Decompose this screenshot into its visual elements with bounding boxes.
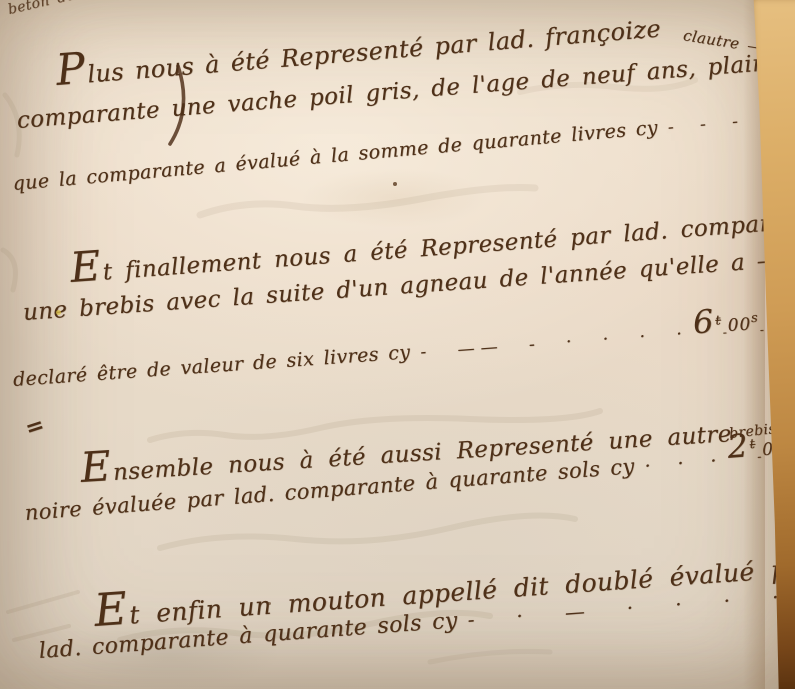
margin-mark-text: = — [22, 411, 48, 442]
livres-unit: t — [715, 313, 722, 328]
leader-dashes: · · · — [644, 449, 723, 477]
entry2-closing-text: declaré être de valeur de six livres cy — [12, 341, 411, 391]
leader-dashes: - —— - · · · · — [420, 324, 689, 363]
margin-equals-mark: = — [22, 411, 48, 442]
paper-speck — [56, 310, 61, 315]
livres-amount: 6 — [692, 302, 717, 341]
manuscript-page: beton des a… Plus nous à été Representé … — [0, 0, 795, 689]
fragment-text: beton des a… — [6, 0, 114, 18]
ink-speck — [393, 182, 397, 186]
cutoff-text-fragment: beton des a… — [6, 0, 114, 18]
ink-speck — [268, 602, 271, 605]
